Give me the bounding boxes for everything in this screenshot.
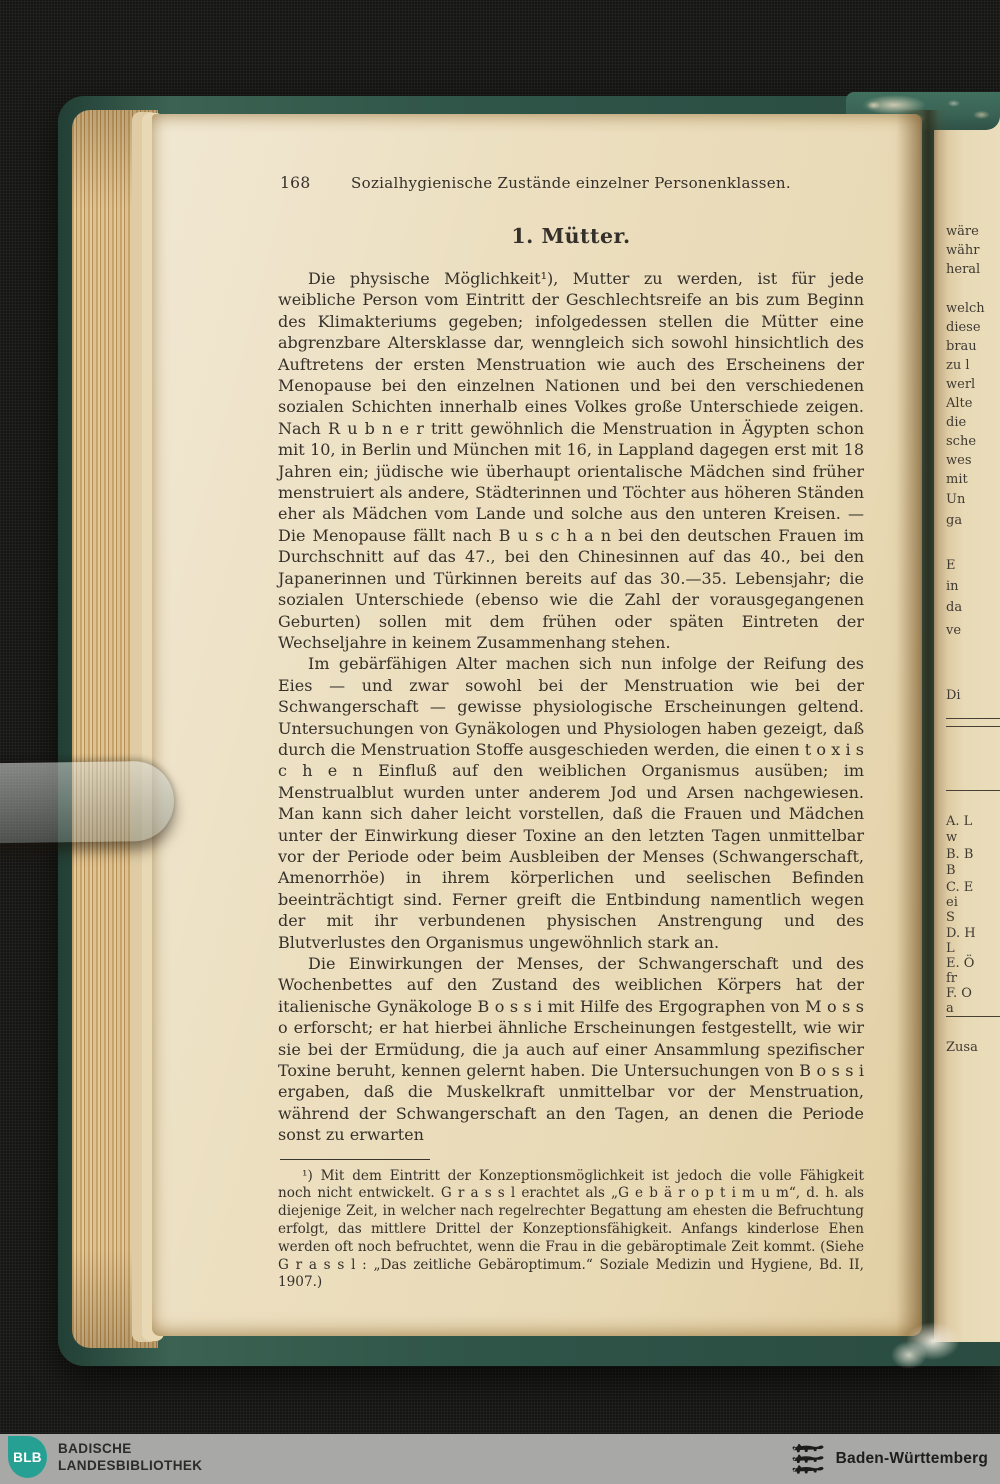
next-page-text-fragment: diese <box>946 320 981 335</box>
next-page-text-fragment: heral <box>946 262 980 277</box>
next-page-text-fragment: fr <box>946 971 957 986</box>
next-page-text-fragment: F. O <box>946 986 972 1001</box>
next-page-text-fragment: Di <box>946 688 961 703</box>
next-page-text-fragment: wes <box>946 453 972 468</box>
next-page-text-fragment: wäre <box>946 224 979 239</box>
page-number: 168 <box>280 174 311 192</box>
state-branding: Baden-Württemberg <box>791 1437 988 1481</box>
next-page-text-fragment: brau <box>946 339 977 354</box>
page-holder-clip <box>0 761 175 844</box>
next-page-text-fragment: A. L <box>946 814 972 829</box>
next-page-text-fragment: welch <box>946 301 985 316</box>
next-page-text-fragment: da <box>946 600 962 615</box>
blb-logo: BLB <box>8 1436 47 1478</box>
library-name-line2: LANDESBIBLIOTHEK <box>58 1458 202 1475</box>
footnote: ¹) Mit dem Eintritt der Konzeptionsmögli… <box>278 1168 864 1293</box>
state-name: Baden-Württemberg <box>836 1450 988 1468</box>
page-text-block: 168 Sozialhygienische Zustände einzelner… <box>278 174 864 1292</box>
section-heading: 1. Mütter. <box>278 224 864 248</box>
next-page-text-fragment: Un <box>946 492 965 507</box>
book-page: 168 Sozialhygienische Zustände einzelner… <box>152 114 922 1336</box>
next-page-text-fragment: E <box>946 558 956 573</box>
running-title: Sozialhygienische Zustände einzelner Per… <box>351 174 791 192</box>
library-name-line1: BADISCHE <box>58 1441 202 1458</box>
next-page-text-fragment: C. E <box>946 880 973 895</box>
frayed-thread <box>891 1341 927 1369</box>
next-page-text-fragment: S <box>946 910 955 925</box>
digitized-book-photo: 168 Sozialhygienische Zustände einzelner… <box>0 0 1000 1484</box>
next-page-rule <box>946 1016 1000 1017</box>
next-page-text-fragment: Alte <box>946 396 972 411</box>
next-page-text-fragment: sche <box>946 434 976 449</box>
next-page-text-fragment: B. B <box>946 847 973 862</box>
page-header: 168 Sozialhygienische Zustände einzelner… <box>278 174 864 194</box>
next-page-text-fragment: ga <box>946 513 962 528</box>
library-footer-bar: BLB BADISCHE LANDESBIBLIOTHEK Baden-Würt… <box>0 1434 1000 1484</box>
footnote-separator <box>280 1159 430 1160</box>
next-page-text-fragment: mit <box>946 472 968 487</box>
blb-logo-acronym: BLB <box>13 1450 42 1465</box>
next-page-text-fragment: die <box>946 415 966 430</box>
next-page-text-fragment: zu l <box>946 358 970 373</box>
coat-of-arms-icon <box>791 1439 827 1479</box>
next-page-text-fragment: in <box>946 579 959 594</box>
next-page-text-fragment: Zusa <box>946 1040 978 1055</box>
next-page-text-fragment: werl <box>946 377 975 392</box>
next-page-rule <box>946 718 1000 727</box>
next-page-text-fragment: D. H <box>946 926 976 941</box>
gutter-shadow <box>896 110 948 1342</box>
body-paragraph: Die physische Möglichkeit¹), Mutter zu w… <box>278 268 864 653</box>
next-page-text-fragment: E. Ö <box>946 956 974 971</box>
next-page-text-fragment: w <box>946 830 957 845</box>
next-page-fragments: wärewährheralwelchdiesebrauzu lwerlAlted… <box>946 0 1000 1484</box>
next-page-text-fragment: a <box>946 1001 954 1016</box>
next-page-text-fragment: ei <box>946 895 958 910</box>
next-page-text-fragment: währ <box>946 243 979 258</box>
body-paragraph: Die Einwirkungen der Menses, der Schwang… <box>278 953 864 1146</box>
next-page-text-fragment: B <box>946 863 956 878</box>
body-paragraph: Im gebärfähigen Alter machen sich nun in… <box>278 653 864 953</box>
next-page-rule <box>946 790 1000 791</box>
next-page-text-fragment: L <box>946 941 955 956</box>
library-name: BADISCHE LANDESBIBLIOTHEK <box>58 1441 202 1474</box>
next-page-text-fragment: ve <box>946 623 961 638</box>
